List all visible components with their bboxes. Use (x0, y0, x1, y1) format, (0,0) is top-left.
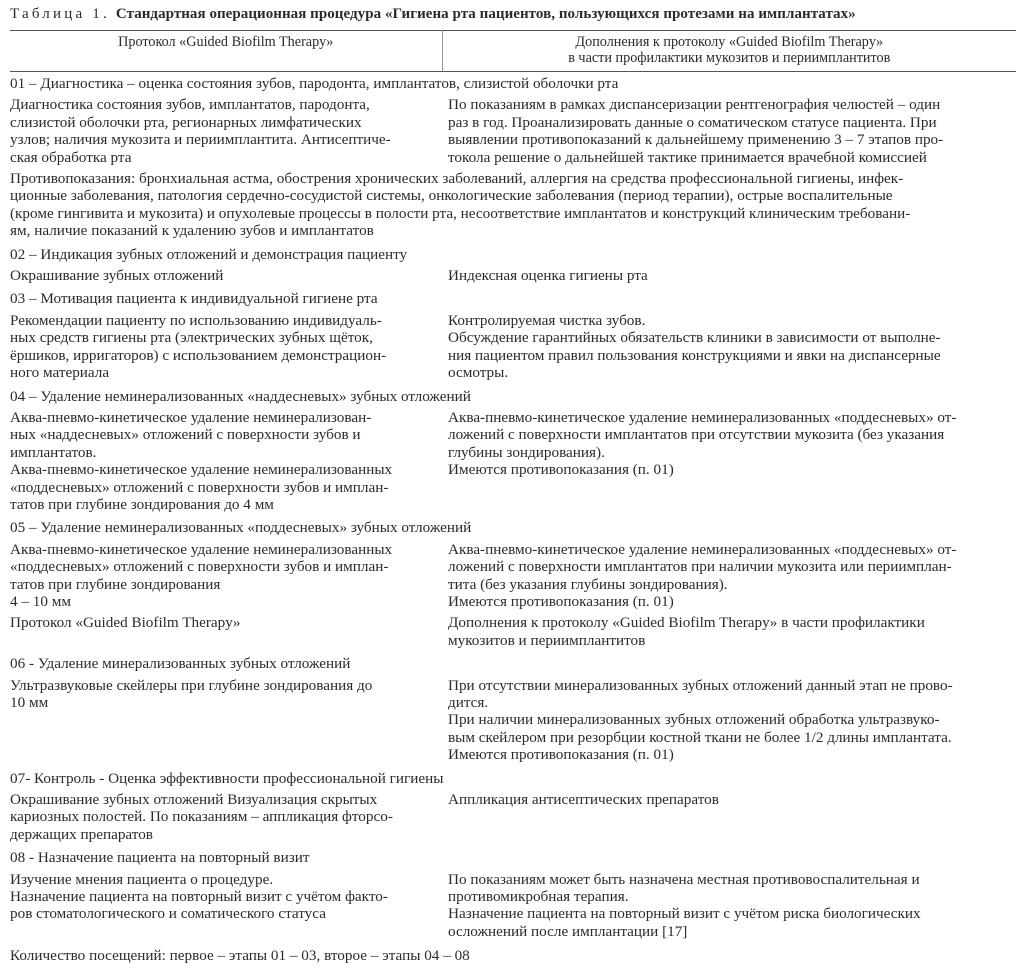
stage-heading-row: 05 – Удаление неминерализованных «поддес… (10, 516, 1016, 539)
visits-summary: Количество посещений: первое – этапы 01 … (10, 943, 1016, 964)
text-line: Имеются противопоказания (п. 01) (448, 593, 1012, 610)
additions-cell: Контролируемая чистка зубов.Обсуждение г… (442, 311, 1016, 385)
text-line: При отсутствии минерализованных зубных о… (448, 677, 1012, 694)
stage-heading-row: 08 - Назначение пациента на повторный ви… (10, 846, 1016, 869)
text-line: ская обработка рта (10, 149, 436, 166)
table-row: Окрашивание зубных отложений Визуализаци… (10, 790, 1016, 846)
text-line: «поддесневых» отложений с поверхности зу… (10, 558, 436, 575)
text-line: ния пациентом правил пользования констру… (448, 347, 1012, 364)
text-line: Окрашивание зубных отложений Визуализаци… (10, 791, 436, 808)
header-additions-line-1: Дополнения к протоколу «Guided Biofilm T… (447, 34, 1013, 50)
table-header-row: Протокол «Guided Biofilm Therapy» Дополн… (10, 31, 1016, 72)
table-row: Диагностика состояния зубов, имплантатов… (10, 95, 1016, 169)
text-line: татов при глубине зондирования (10, 576, 436, 593)
text-line: 10 мм (10, 694, 436, 711)
stage-heading-row: 07- Контроль - Оценка эффективности проф… (10, 767, 1016, 790)
text-line: татов при глубине зондирования до 4 мм (10, 496, 436, 513)
additions-cell: Индексная оценка гигиены рта (442, 266, 1016, 287)
table-row: Рекомендации пациенту по использованию и… (10, 311, 1016, 385)
text-line: Противопоказания: бронхиальная астма, об… (10, 170, 1012, 187)
text-line: кариозных полостей. По показаниям – аппл… (10, 808, 436, 825)
text-line: ного материала (10, 364, 436, 381)
text-line: противомикробная терапия. (448, 888, 1012, 905)
text-line: имплантатов. (10, 444, 436, 461)
text-line: Аква-пневмо-кинетическое удаление немине… (10, 409, 436, 426)
text-line: Аппликация антисептических препаратов (448, 791, 1012, 808)
text-line: Назначение пациента на повторный визит с… (448, 905, 1012, 922)
stage-heading-row: 04 – Удаление неминерализованных «наддес… (10, 385, 1016, 408)
protocol-cell: Изучение мнения пациента о процедуре.Наз… (10, 870, 442, 944)
text-line: Протокол «Guided Biofilm Therapy» (10, 614, 436, 631)
text-line: ложений с поверхности имплантатов при на… (448, 558, 1012, 575)
text-line: слизистой оболочки рта, регионарных лимф… (10, 114, 436, 131)
text-line: Контролируемая чистка зубов. (448, 312, 1012, 329)
protocol-cell: Протокол «Guided Biofilm Therapy» (10, 613, 442, 652)
stage-heading-row: 02 – Индикация зубных отложений и демонс… (10, 243, 1016, 266)
text-line: ложений с поверхности имплантатов при от… (448, 426, 1012, 443)
protocol-cell: Окрашивание зубных отложений Визуализаци… (10, 790, 442, 846)
text-line: ных «наддесневых» отложений с поверхност… (10, 426, 436, 443)
text-line: тита (без указания глубины зондирования)… (448, 576, 1012, 593)
header-protocol-text: Протокол «Guided Biofilm Therapy» (118, 34, 333, 50)
contraindications-text: Противопоказания: бронхиальная астма, об… (10, 169, 1016, 243)
stage-heading: 08 - Назначение пациента на повторный ви… (10, 846, 1016, 869)
protocol-cell: Рекомендации пациенту по использованию и… (10, 311, 442, 385)
table-row: Аква-пневмо-кинетическое удаление немине… (10, 540, 1016, 614)
stage-heading: 06 - Удаление минерализованных зубных от… (10, 652, 1016, 675)
text-line: Индексная оценка гигиены рта (448, 267, 1012, 284)
text-line: токола решение о дальнейшей тактике прин… (448, 149, 1012, 166)
text-line: Ультразвуковые скейлеры при глубине зонд… (10, 677, 436, 694)
text-line: Аква-пневмо-кинетическое удаление немине… (448, 541, 1012, 558)
additions-cell: Дополнения к протоколу «Guided Biofilm T… (442, 613, 1016, 652)
text-line: узлов; наличия мукозита и периимплантита… (10, 131, 436, 148)
text-line: Диагностика состояния зубов, имплантатов… (10, 96, 436, 113)
text-line: ям, наличие показаний к удалению зубов и… (10, 222, 1012, 239)
protocol-cell: Ультразвуковые скейлеры при глубине зонд… (10, 676, 442, 767)
table-label: Таблица 1. (10, 6, 110, 22)
text-line: Окрашивание зубных отложений (10, 267, 436, 284)
text-line: Назначение пациента на повторный визит с… (10, 888, 436, 905)
table-row: Протокол «Guided Biofilm Therapy»Дополне… (10, 613, 1016, 652)
additions-cell: Аква-пневмо-кинетическое удаление немине… (442, 540, 1016, 614)
text-line: Аква-пневмо-кинетическое удаление немине… (10, 541, 436, 558)
procedure-table: Протокол «Guided Biofilm Therapy» Дополн… (10, 30, 1016, 965)
header-additions: Дополнения к протоколу «Guided Biofilm T… (442, 31, 1016, 72)
stage-heading: 04 – Удаление неминерализованных «наддес… (10, 385, 1016, 408)
protocol-cell: Диагностика состояния зубов, имплантатов… (10, 95, 442, 169)
stage-heading: 02 – Индикация зубных отложений и демонс… (10, 243, 1016, 266)
text-line: раз в год. Проанализировать данные о сом… (448, 114, 1012, 131)
text-line: дится. (448, 694, 1012, 711)
text-line: По показаниям может быть назначена местн… (448, 871, 1012, 888)
header-additions-line-2: в части профилактики мукозитов и периимп… (447, 50, 1013, 66)
text-line: осложнений после имплантации [17] (448, 923, 1012, 940)
stage-heading-row: 06 - Удаление минерализованных зубных от… (10, 652, 1016, 675)
additions-cell: Аква-пневмо-кинетическое удаление немине… (442, 408, 1016, 516)
stage-heading-row: 03 – Мотивация пациента к индивидуальной… (10, 287, 1016, 310)
additions-cell: При отсутствии минерализованных зубных о… (442, 676, 1016, 767)
protocol-cell: Аква-пневмо-кинетическое удаление немине… (10, 408, 442, 516)
text-line: выявлении противопоказаний к дальнейшему… (448, 131, 1012, 148)
text-line: Изучение мнения пациента о процедуре. (10, 871, 436, 888)
table-row: Окрашивание зубных отложенийИндексная оц… (10, 266, 1016, 287)
additions-cell: По показаниям может быть назначена местн… (442, 870, 1016, 944)
text-line: глубины зондирования). (448, 444, 1012, 461)
text-line: Имеются противопоказания (п. 01) (448, 746, 1012, 763)
text-line: По показаниям в рамках диспансеризации р… (448, 96, 1012, 113)
text-line: мукозитов и периимплантитов (448, 632, 1012, 649)
text-line: вым скейлером при резорбции костной ткан… (448, 729, 1012, 746)
text-line: При наличии минерализованных зубных отло… (448, 711, 1012, 728)
additions-cell: По показаниям в рамках диспансеризации р… (442, 95, 1016, 169)
stage-heading: 01 – Диагностика – оценка состояния зубо… (10, 72, 1016, 96)
header-protocol: Протокол «Guided Biofilm Therapy» (10, 31, 442, 72)
text-line: (кроме гингивита и мукозита) и опухолевы… (10, 205, 1012, 222)
table-title: Стандартная операционная процедура «Гиги… (116, 6, 856, 22)
table-body: 01 – Диагностика – оценка состояния зубо… (10, 72, 1016, 965)
text-line: ёршиков, ирригаторов) с использованием д… (10, 347, 436, 364)
text-line: Аква-пневмо-кинетическое удаление немине… (448, 409, 1012, 426)
text-line: Аква-пневмо-кинетическое удаление немине… (10, 461, 436, 478)
text-line: ных средств гигиены рта (электрических з… (10, 329, 436, 346)
stage-heading: 03 – Мотивация пациента к индивидуальной… (10, 287, 1016, 310)
text-line: осмотры. (448, 364, 1012, 381)
text-line: Имеются противопоказания (п. 01) (448, 461, 1012, 478)
table-row: Аква-пневмо-кинетическое удаление немине… (10, 408, 1016, 516)
protocol-cell: Аква-пневмо-кинетическое удаление немине… (10, 540, 442, 614)
text-line: держащих препаратов (10, 826, 436, 843)
protocol-cell: Окрашивание зубных отложений (10, 266, 442, 287)
table-row: Изучение мнения пациента о процедуре.Наз… (10, 870, 1016, 944)
stage-heading: 05 – Удаление неминерализованных «поддес… (10, 516, 1016, 539)
text-line: Рекомендации пациенту по использованию и… (10, 312, 436, 329)
text-line: 4 – 10 мм (10, 593, 436, 610)
visits-footer-row: Количество посещений: первое – этапы 01 … (10, 943, 1016, 964)
text-line: ционные заболевания, патология сердечно-… (10, 187, 1012, 204)
stage-heading: 07- Контроль - Оценка эффективности проф… (10, 767, 1016, 790)
text-line: Обсуждение гарантийных обязательств клин… (448, 329, 1012, 346)
contraindications-row: Противопоказания: бронхиальная астма, об… (10, 169, 1016, 243)
additions-cell: Аппликация антисептических препаратов (442, 790, 1016, 846)
text-line: ров стоматологического и соматического с… (10, 905, 436, 922)
stage-heading-row: 01 – Диагностика – оценка состояния зубо… (10, 72, 1016, 96)
table-caption: Таблица 1.Стандартная операционная проце… (10, 5, 1020, 23)
table-row: Ультразвуковые скейлеры при глубине зонд… (10, 676, 1016, 767)
text-line: Дополнения к протоколу «Guided Biofilm T… (448, 614, 1012, 631)
text-line: «поддесневых» отложений с поверхности зу… (10, 479, 436, 496)
